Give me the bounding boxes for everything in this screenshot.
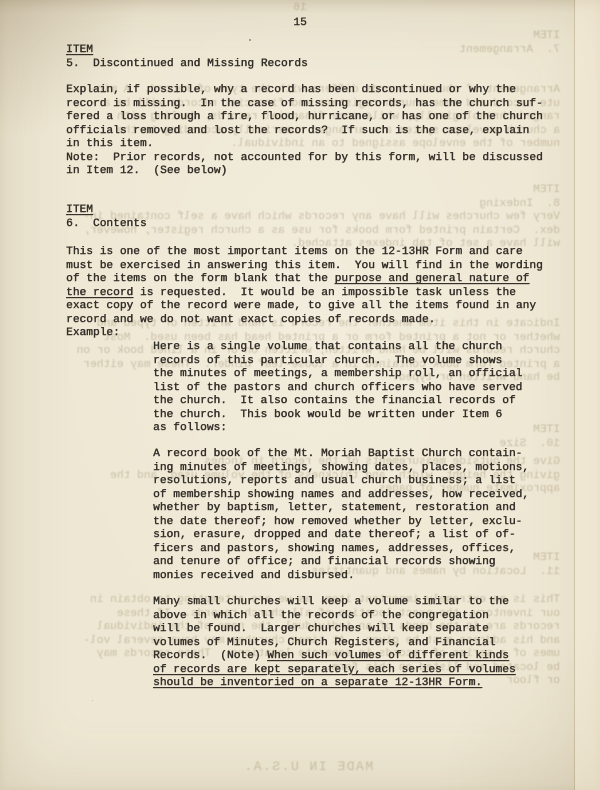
paper-edge [575,0,600,790]
text-line: Many small churches will keep a volume s… [153,596,516,610]
paper-crease [574,0,575,790]
text-line: records of this particular church. The v… [153,355,522,369]
text-line: ing minutes of meetings, showing dates, … [153,462,529,476]
text-line: Records. (Note) When such volumes of dif… [153,650,516,664]
text-line: Explain, if possible, why a record has b… [66,84,543,98]
text-line: of the items on the form blank that the … [66,273,543,287]
paper-speck [249,39,251,41]
text-line: will be found. Larger churches will keep… [153,623,516,637]
item-6-paragraph: This is one of the most important items … [66,246,543,341]
example-volume-paragraph: Here is a single volume that contains al… [153,341,522,436]
text-line: ITEM [66,204,147,218]
text-line: the date thereof; how removed whether by… [153,516,529,530]
text-line: the church. This book would be written u… [153,409,522,423]
text-line: record and we do not want exact copies o… [66,314,543,328]
text-line: in this item. [66,138,543,152]
text-line: of records are kept separately, each ser… [153,664,516,678]
text-line: should be inventoried on a separate 12-1… [153,677,516,691]
item-5-heading: ITEM5. Discontinued and Missing Records [66,44,308,71]
page-number: 15 [0,17,600,31]
item-5-paragraph: Explain, if possible, why a record has b… [66,84,543,179]
bleed-line: MADE IN U.S.A. [228,760,388,774]
text-line: must be exercised in answering this item… [66,260,543,274]
text-line: list of the pastors and church officers … [153,382,522,396]
text-line: whether by baptism, letter, statement, r… [153,502,529,516]
item-6-heading: ITEM6. Contents [66,204,147,231]
text-line: Example: [66,327,543,341]
text-line: exact copy of the record were made, to g… [66,300,543,314]
text-line: and tenure of office; and financial reco… [153,556,529,570]
text-line: the minutes of meetings, a membership ro… [153,368,522,382]
text-line: Here is a single volume that contains al… [153,341,522,355]
text-line: above in which all the records of the co… [153,610,516,624]
example-record-book-paragraph: A record book of the Mt. Moriah Baptist … [153,448,529,583]
text-line: A record book of the Mt. Moriah Baptist … [153,448,529,462]
text-line: sion, erasure, dropped and date thereof;… [153,529,529,543]
text-line: fered a loss through a fire, flood, hurr… [66,111,543,125]
bleed-line: 16 [262,2,338,16]
text-line: 6. Contents [66,218,147,232]
text-line: This is one of the most important items … [66,246,543,260]
bleed-through-page-number: 16 [262,2,338,16]
text-line: officials removed and lost the records? … [66,125,543,139]
text-line: Note: Prior records, not accounted for b… [66,152,543,166]
text-line: the church. It also contains the financi… [153,395,522,409]
made-in-usa-watermark: MADE IN U.S.A. [228,760,388,774]
text-line: of membership showing names and addresse… [153,489,529,503]
text-line: the record is requested. It would be an … [66,287,543,301]
text-line: monies received and disbursed. [153,570,529,584]
scanned-document-page: 16 ITEM7. Arrangement Arrangement of chu… [0,0,600,790]
text-line: ficers and pastors, showing names, addre… [153,543,529,557]
text-line: volumes of Minutes, Church Registers, an… [153,637,516,651]
bleed-line: ITEM [36,184,560,198]
text-line: 5. Discontinued and Missing Records [66,58,308,72]
text-line: in Item 12. (See below) [66,165,543,179]
small-churches-paragraph: Many small churches will keep a volume s… [153,596,516,691]
bleed-line: ITEM [36,30,560,44]
text-line: as follows: [153,422,522,436]
text-line: resolutions, reports and usual church bu… [153,475,529,489]
text-line: ITEM [66,44,308,58]
text-line: record is missing. In the case of missin… [66,98,543,112]
paper-speck [92,700,93,701]
